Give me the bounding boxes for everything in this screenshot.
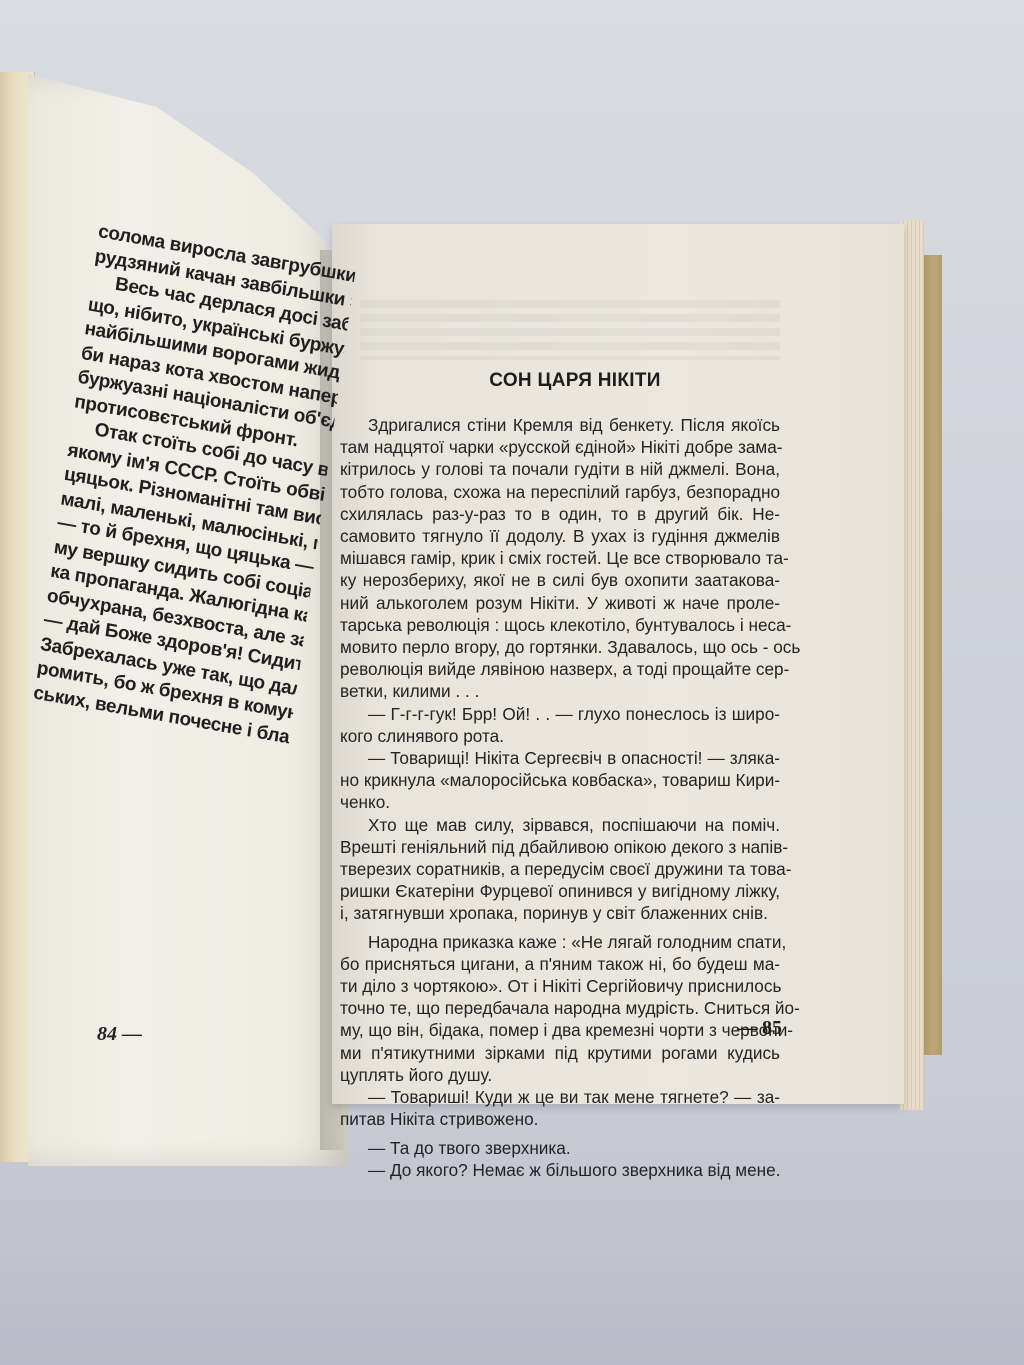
page-number-left: 84 —: [97, 1023, 142, 1046]
text-line: но крикнула «малоросійська ковбаска», то…: [340, 769, 780, 791]
text-line: схилялась раз-у-раз то в один, то в друг…: [340, 503, 780, 525]
chapter-title: СОН ЦАРЯ НІКІТИ: [350, 370, 800, 392]
text-line: мішався гамір, крик і сміх гостей. Це вс…: [340, 547, 780, 569]
text-line: Хто ще мав силу, зірвався, поспішаючи на…: [340, 814, 780, 836]
text-line: тобто голова, схожа на переспілий гарбуз…: [340, 481, 780, 503]
text-line: бо присняться цигани, а п'яним також ні,…: [340, 953, 780, 975]
text-line: революція вийде лявіною назверх, а тоді …: [340, 658, 780, 680]
text-line: точно те, що передбачала народна мудріст…: [340, 997, 780, 1019]
text-line: мовито перло вгору, до гортянки. Здавало…: [340, 636, 780, 658]
text-line: тарська революція : щось клекотіло, бунт…: [340, 614, 780, 636]
text-line: самовито тягнуло її додолу. В ухах із гу…: [340, 525, 780, 547]
right-page-text: Здригалися стіни Кремля від бенкету. Піс…: [340, 414, 780, 1181]
text-line: цуплять його душу.: [340, 1064, 780, 1086]
text-line: ми п'ятикутними зірками під крутими рога…: [340, 1042, 780, 1064]
text-line: му, що він, бідака, помер і два кремезні…: [340, 1019, 780, 1041]
text-line: Здригалися стіни Кремля від бенкету. Піс…: [340, 414, 780, 436]
text-line: питав Нікіта стривожено.: [340, 1108, 780, 1130]
text-line: ку нерозбериху, якої не в силі був охопи…: [340, 569, 780, 591]
text-line: ченко.: [340, 791, 780, 813]
text-line: — До якого? Немає ж більшого зверхника в…: [340, 1159, 780, 1181]
text-line: — Товарищі! Нікіта Сергеєвіч в опасності…: [340, 747, 780, 769]
text-line: тверезих соратників, а передусім своєї д…: [340, 858, 780, 880]
text-line: — Товариші! Куди ж це ви так мене тягнет…: [340, 1086, 780, 1108]
text-line: — Та до твого зверхника.: [340, 1137, 780, 1159]
text-line: ний алькоголем розум Нікіти. У животі ж …: [340, 592, 780, 614]
text-line: ветки, килими . . .: [340, 680, 780, 702]
page-number-right: — 85: [737, 1017, 782, 1040]
show-through-text: [360, 300, 780, 360]
text-line: ришки Єкатеріни Фурцевої опинився у вигі…: [340, 880, 780, 902]
text-line: ти діло з чортякою». От і Нікіті Сергійо…: [340, 975, 780, 997]
text-line: кого слинявого рота.: [340, 725, 780, 747]
text-line: — Г-г-г-гук! Брр! Ой! . . — глухо понесл…: [340, 703, 780, 725]
text-line: кітрилось у голові та почали гудіти в ні…: [340, 458, 780, 480]
text-line: Врешті геніяльний під дбайливою опікою д…: [340, 836, 780, 858]
text-line: Народна приказка каже : «Не лягай голодн…: [340, 931, 780, 953]
text-line: і, затягнувши хропака, поринув у світ бл…: [340, 902, 780, 924]
book-photo: солома виросла завгрубшки з р рудзяний к…: [0, 0, 1024, 1365]
text-line: там надцятої чарки «русской єдіной» Нікі…: [340, 436, 780, 458]
